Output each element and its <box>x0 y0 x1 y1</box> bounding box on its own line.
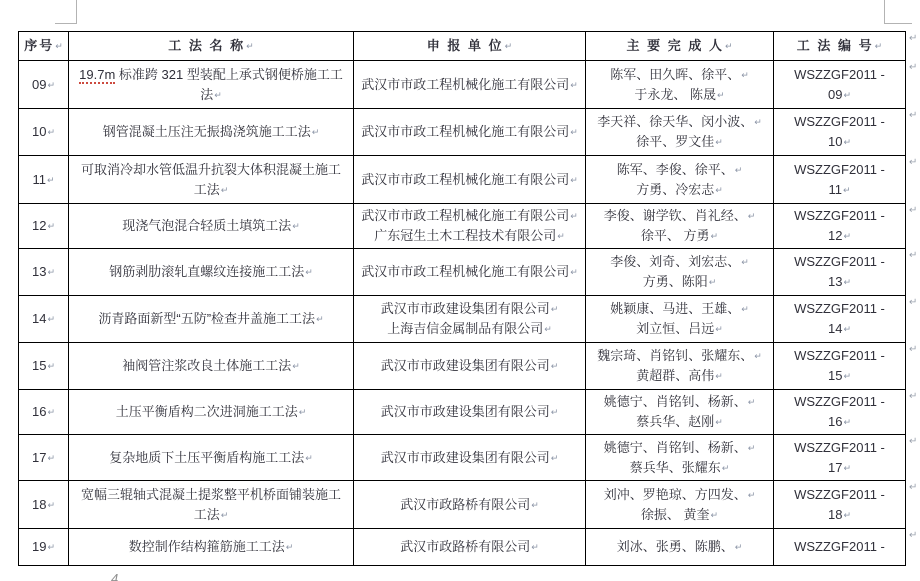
end-of-cell-mark-icon: ↵ <box>299 407 307 417</box>
end-of-cell-mark-icon: ↵ <box>843 463 851 473</box>
cell-method-name[interactable]: 沥青路面新型“五防”检查井盖施工工法↵ <box>69 296 354 343</box>
text-line: 申 报 单 位↵ <box>357 36 582 56</box>
cell-method-code[interactable]: WSZZGF2011 -14↵ <box>774 296 906 343</box>
end-of-row-mark-icon: ↵ <box>909 251 917 261</box>
cell-method-code[interactable]: WSZZGF2011 -18↵ <box>774 481 906 529</box>
cell-index[interactable]: 15↵ <box>19 343 69 390</box>
end-of-cell-mark-icon: ↵ <box>843 185 851 195</box>
text-line: 11↵ <box>777 180 902 200</box>
text-line: 11↵ <box>22 170 65 190</box>
end-of-row-mark-icon: ↵ <box>909 298 917 308</box>
cell-index[interactable]: 13↵ <box>19 249 69 296</box>
end-of-cell-mark-icon: ↵ <box>505 41 513 51</box>
text-line: 武汉市市政工程机械化施工有限公司↵ <box>357 170 582 190</box>
text-line: WSZZGF2011 - <box>777 346 902 366</box>
text-line: WSZZGF2011 - <box>777 206 902 226</box>
column-header[interactable]: 申 报 单 位↵ <box>354 32 586 61</box>
text-line: 12↵ <box>22 216 65 236</box>
text-line: WSZZGF2011 - <box>777 112 902 132</box>
text-line: 18↵ <box>22 495 65 515</box>
cell-method-name[interactable]: 19.7m 标准跨 321 型装配上承式钢便桥施工工法↵ <box>69 61 354 109</box>
table-row: 16↵土压平衡盾构二次进洞施工工法↵武汉市市政建设集团有限公司↵姚德宁、肖铭钊、… <box>19 390 906 435</box>
cell-contributors[interactable]: 姚德宁、肖铭钊、杨新、↵蔡兵华、张耀东↵ <box>586 435 774 481</box>
end-of-cell-mark-icon: ↵ <box>748 397 756 407</box>
end-of-cell-mark-icon: ↵ <box>715 137 723 147</box>
text-line: 13↵ <box>777 272 902 292</box>
cell-method-code[interactable]: WSZZGF2011 -09↵ <box>774 61 906 109</box>
cell-index[interactable]: 18↵ <box>19 481 69 529</box>
end-of-cell-mark-icon: ↵ <box>47 361 55 371</box>
text-line: 09↵ <box>22 75 65 95</box>
end-of-cell-mark-icon: ↵ <box>735 542 743 552</box>
text-line: 15↵ <box>22 356 65 376</box>
end-of-cell-mark-icon: ↵ <box>717 90 725 100</box>
text-line: 钢管混凝土压注无振捣浇筑施工工法↵ <box>72 122 350 142</box>
text-line: 钢筋剥肋滚轧直螺纹连接施工工法↵ <box>72 262 350 282</box>
cell-method-name[interactable]: 复杂地质下土压平衡盾构施工工法↵ <box>69 435 354 481</box>
text-line: 武汉市市政建设集团有限公司↵ <box>357 402 582 422</box>
text-line: 09↵ <box>777 85 902 105</box>
cell-applicant-unit[interactable]: 武汉市政路桥有限公司↵ <box>354 481 586 529</box>
text-boundary-mark-top-right-vertical <box>884 0 885 24</box>
end-of-cell-mark-icon: ↵ <box>748 490 756 500</box>
text-line: 14↵ <box>777 319 902 339</box>
cell-index[interactable]: 09↵ <box>19 61 69 109</box>
cell-applicant-unit[interactable]: 武汉市市政工程机械化施工有限公司↵广东冠生土木工程技术有限公司↵ <box>354 204 586 249</box>
text-line: 19↵ <box>22 537 65 557</box>
text-line: 蔡兵华、赵刚↵ <box>589 412 770 432</box>
text-line: WSZZGF2011 - <box>777 392 902 412</box>
table-row: 11↵可取消冷却水管低温升抗裂大体积混凝土施工工法↵武汉市市政工程机械化施工有限… <box>19 156 906 204</box>
text-line: 陈军、田久晖、徐平、↵ <box>589 65 770 85</box>
text-line: 徐平、罗文佳↵ <box>589 132 770 152</box>
cell-applicant-unit[interactable]: 武汉市市政建设集团有限公司↵ <box>354 343 586 390</box>
end-of-cell-mark-icon: ↵ <box>221 510 229 520</box>
end-of-cell-mark-icon: ↵ <box>544 324 552 334</box>
end-of-cell-mark-icon: ↵ <box>725 41 733 51</box>
text-line: WSZZGF2011 - <box>777 252 902 272</box>
end-of-cell-mark-icon: ↵ <box>843 90 851 100</box>
end-of-cell-mark-icon: ↵ <box>709 277 717 287</box>
end-of-cell-mark-icon: ↵ <box>531 542 539 552</box>
end-of-cell-mark-icon: ↵ <box>214 90 222 100</box>
table-body: 09↵19.7m 标准跨 321 型装配上承式钢便桥施工工法↵武汉市市政工程机械… <box>19 61 906 566</box>
text-line: 姚德宁、肖铭钊、杨新、↵ <box>589 438 770 458</box>
text-line: WSZZGF2011 - <box>777 65 902 85</box>
text-line: 李俊、谢学钦、肖礼经、↵ <box>589 206 770 226</box>
text-line: 可取消冷却水管低温升抗裂大体积混凝土施工 <box>72 160 350 180</box>
end-of-cell-mark-icon: ↵ <box>305 267 313 277</box>
text-line: 魏宗琦、肖铭钊、张耀东、↵ <box>589 346 770 366</box>
text-line: WSZZGF2011 - <box>777 485 902 505</box>
text-line: 复杂地质下土压平衡盾构施工工法↵ <box>72 448 350 468</box>
cell-method-code[interactable]: WSZZGF2011 -12↵ <box>774 204 906 249</box>
table-row: 12↵现浇气泡混合轻质土填筑工法↵武汉市市政工程机械化施工有限公司↵广东冠生土木… <box>19 204 906 249</box>
cell-method-code[interactable]: WSZZGF2011 -10↵ <box>774 109 906 156</box>
text-line: 主 要 完 成 人↵ <box>589 36 770 56</box>
text-line: 刘冰、张勇、陈鹏、↵ <box>589 537 770 557</box>
cell-applicant-unit[interactable]: 武汉市市政工程机械化施工有限公司↵ <box>354 109 586 156</box>
end-of-cell-mark-icon: ↵ <box>741 70 749 80</box>
cell-applicant-unit[interactable]: 武汉市市政建设集团有限公司↵ <box>354 435 586 481</box>
cell-applicant-unit[interactable]: 武汉市市政工程机械化施工有限公司↵ <box>354 61 586 109</box>
text-line: WSZZGF2011 - <box>777 537 902 557</box>
text-line: 现浇气泡混合轻质土填筑工法↵ <box>72 216 350 236</box>
table-row: 19↵数控制作结构箍筋施工工法↵武汉市政路桥有限公司↵刘冰、张勇、陈鹏、↵WSZ… <box>19 529 906 566</box>
text-line: 沥青路面新型“五防”检查井盖施工工法↵ <box>72 309 350 329</box>
end-of-cell-mark-icon: ↵ <box>551 361 559 371</box>
text-line: 于永龙、 陈晟↵ <box>589 85 770 105</box>
text-line: 陈军、李俊、徐平、↵ <box>589 160 770 180</box>
end-of-cell-mark-icon: ↵ <box>748 211 756 221</box>
end-of-cell-mark-icon: ↵ <box>47 175 55 185</box>
table-row: 14↵沥青路面新型“五防”检查井盖施工工法↵武汉市市政建设集团有限公司↵上海吉信… <box>19 296 906 343</box>
text-line: 工 法 编 号↵ <box>777 36 902 56</box>
end-of-cell-mark-icon: ↵ <box>551 407 559 417</box>
end-of-cell-mark-icon: ↵ <box>843 510 851 520</box>
text-line: 袖阀管注浆改良土体施工工法↵ <box>72 356 350 376</box>
end-of-cell-mark-icon: ↵ <box>570 175 578 185</box>
text-line: 武汉市政路桥有限公司↵ <box>357 537 582 557</box>
text-line: 武汉市市政建设集团有限公司↵ <box>357 356 582 376</box>
cell-method-name[interactable]: 钢筋剥肋滚轧直螺纹连接施工工法↵ <box>69 249 354 296</box>
cell-method-name[interactable]: 可取消冷却水管低温升抗裂大体积混凝土施工工法↵ <box>69 156 354 204</box>
text-line: 16↵ <box>22 402 65 422</box>
page-number: 4 <box>111 571 118 581</box>
text-line: 18↵ <box>777 505 902 525</box>
text-line: 19.7m 标准跨 321 型装配上承式钢便桥施工工 <box>72 65 350 85</box>
text-line: 武汉市政路桥有限公司↵ <box>357 495 582 515</box>
end-of-cell-mark-icon: ↵ <box>47 500 55 510</box>
end-of-cell-mark-icon: ↵ <box>570 80 578 90</box>
text-line: 上海吉信金属制品有限公司↵ <box>357 319 582 339</box>
end-of-cell-mark-icon: ↵ <box>221 185 229 195</box>
cell-method-name[interactable]: 现浇气泡混合轻质土填筑工法↵ <box>69 204 354 249</box>
column-header[interactable]: 主 要 完 成 人↵ <box>586 32 774 61</box>
text-line: 10↵ <box>777 132 902 152</box>
table-row: 17↵复杂地质下土压平衡盾构施工工法↵武汉市市政建设集团有限公司↵姚德宁、肖铭钊… <box>19 435 906 481</box>
text-line: 工法↵ <box>72 505 350 525</box>
end-of-cell-mark-icon: ↵ <box>292 361 300 371</box>
cell-contributors[interactable]: 李俊、刘奇、刘宏志、↵方勇、陈阳↵ <box>586 249 774 296</box>
end-of-cell-mark-icon: ↵ <box>55 41 63 51</box>
cell-applicant-unit[interactable]: 武汉市市政建设集团有限公司↵上海吉信金属制品有限公司↵ <box>354 296 586 343</box>
end-of-cell-mark-icon: ↵ <box>531 500 539 510</box>
text-line: 数控制作结构箍筋施工工法↵ <box>72 537 350 557</box>
text-line: 武汉市市政建设集团有限公司↵ <box>357 299 582 319</box>
end-of-cell-mark-icon: ↵ <box>843 417 851 427</box>
end-of-cell-mark-icon: ↵ <box>570 211 578 221</box>
text-line: 刘冲、罗艳琼、方四发、↵ <box>589 485 770 505</box>
end-of-cell-mark-icon: ↵ <box>843 371 851 381</box>
cell-method-code[interactable]: WSZZGF2011 -16↵ <box>774 390 906 435</box>
table-row: 13↵钢筋剥肋滚轧直螺纹连接施工工法↵武汉市市政工程机械化施工有限公司↵李俊、刘… <box>19 249 906 296</box>
text-line: 工法↵ <box>72 180 350 200</box>
cell-applicant-unit[interactable]: 武汉市政路桥有限公司↵ <box>354 529 586 566</box>
cell-applicant-unit[interactable]: 武汉市市政建设集团有限公司↵ <box>354 390 586 435</box>
text-line: 武汉市市政建设集团有限公司↵ <box>357 448 582 468</box>
end-of-cell-mark-icon: ↵ <box>557 231 565 241</box>
end-of-cell-mark-icon: ↵ <box>47 127 55 137</box>
table-row: 18↵宽幅三辊轴式混凝土提浆整平机桥面铺装施工工法↵武汉市政路桥有限公司↵刘冲、… <box>19 481 906 529</box>
end-of-cell-mark-icon: ↵ <box>47 314 55 324</box>
table-row: 10↵钢管混凝土压注无振捣浇筑施工工法↵武汉市市政工程机械化施工有限公司↵李天祥… <box>19 109 906 156</box>
text-line: 15↵ <box>777 366 902 386</box>
end-of-cell-mark-icon: ↵ <box>843 231 851 241</box>
cell-index[interactable]: 12↵ <box>19 204 69 249</box>
text-line: 李天祥、徐天华、闵小波、↵ <box>589 112 770 132</box>
text-line: 姚颖康、马进、王雄、↵ <box>589 299 770 319</box>
text-line: 李俊、刘奇、刘宏志、↵ <box>589 252 770 272</box>
end-of-cell-mark-icon: ↵ <box>316 314 324 324</box>
end-of-cell-mark-icon: ↵ <box>741 257 749 267</box>
cell-contributors[interactable]: 陈军、李俊、徐平、↵方勇、冷宏志↵ <box>586 156 774 204</box>
text-line: 武汉市市政工程机械化施工有限公司↵ <box>357 75 582 95</box>
end-of-cell-mark-icon: ↵ <box>47 221 55 231</box>
text-line: 13↵ <box>22 262 65 282</box>
column-header[interactable]: 工 法 名 称↵ <box>69 32 354 61</box>
text-line: WSZZGF2011 - <box>777 160 902 180</box>
cell-contributors[interactable]: 刘冲、罗艳琼、方四发、↵徐振、 黄奎↵ <box>586 481 774 529</box>
methods-table: 序号↵工 法 名 称↵申 报 单 位↵主 要 完 成 人↵工 法 编 号↵ 09… <box>18 31 906 566</box>
end-of-row-mark-icon: ↵ <box>909 63 917 73</box>
cell-method-name[interactable]: 宽幅三辊轴式混凝土提浆整平机桥面铺装施工工法↵ <box>69 481 354 529</box>
cell-method-name[interactable]: 袖阀管注浆改良土体施工工法↵ <box>69 343 354 390</box>
end-of-cell-mark-icon: ↵ <box>47 267 55 277</box>
end-of-row-mark-icon: ↵ <box>909 34 917 44</box>
text-line: 16↵ <box>777 412 902 432</box>
end-of-cell-mark-icon: ↵ <box>754 117 762 127</box>
cell-contributors[interactable]: 陈军、田久晖、徐平、↵于永龙、 陈晟↵ <box>586 61 774 109</box>
cell-applicant-unit[interactable]: 武汉市市政工程机械化施工有限公司↵ <box>354 156 586 204</box>
cell-method-code[interactable]: WSZZGF2011 -11↵ <box>774 156 906 204</box>
cell-method-code[interactable]: WSZZGF2011 -13↵ <box>774 249 906 296</box>
cell-index[interactable]: 10↵ <box>19 109 69 156</box>
text-boundary-mark-top-left-vertical <box>76 0 77 24</box>
text-line: 武汉市市政工程机械化施工有限公司↵ <box>357 262 582 282</box>
end-of-row-mark-icon: ↵ <box>909 392 917 402</box>
text-line: 徐平、 方勇↵ <box>589 226 770 246</box>
end-of-cell-mark-icon: ↵ <box>286 542 294 552</box>
end-of-cell-mark-icon: ↵ <box>711 510 719 520</box>
text-line: 17↵ <box>777 458 902 478</box>
end-of-cell-mark-icon: ↵ <box>748 443 756 453</box>
end-of-row-mark-icon: ↵ <box>909 345 917 355</box>
end-of-cell-mark-icon: ↵ <box>843 137 851 147</box>
cell-contributors[interactable]: 刘冰、张勇、陈鹏、↵ <box>586 529 774 566</box>
end-of-cell-mark-icon: ↵ <box>570 267 578 277</box>
end-of-cell-mark-icon: ↵ <box>754 351 762 361</box>
end-of-cell-mark-icon: ↵ <box>843 277 851 287</box>
cell-contributors[interactable]: 姚颖康、马进、王雄、↵刘立恒、吕远↵ <box>586 296 774 343</box>
column-header[interactable]: 工 法 编 号↵ <box>774 32 906 61</box>
end-of-cell-mark-icon: ↵ <box>570 127 578 137</box>
table-row: 09↵19.7m 标准跨 321 型装配上承式钢便桥施工工法↵武汉市市政工程机械… <box>19 61 906 109</box>
cell-method-code[interactable]: WSZZGF2011 -15↵ <box>774 343 906 390</box>
end-of-cell-mark-icon: ↵ <box>722 463 730 473</box>
text-line: 10↵ <box>22 122 65 142</box>
text-line: 徐振、 黄奎↵ <box>589 505 770 525</box>
end-of-cell-mark-icon: ↵ <box>47 80 55 90</box>
end-of-cell-mark-icon: ↵ <box>551 304 559 314</box>
text-boundary-mark-top-left-horizontal <box>55 23 77 24</box>
end-of-row-mark-icon: ↵ <box>909 483 917 493</box>
text-line: 12↵ <box>777 226 902 246</box>
cell-index[interactable]: 11↵ <box>19 156 69 204</box>
end-of-row-mark-icon: ↵ <box>909 158 917 168</box>
end-of-cell-mark-icon: ↵ <box>715 324 723 334</box>
text-line: 17↵ <box>22 448 65 468</box>
end-of-cell-mark-icon: ↵ <box>741 304 749 314</box>
text-line: 黄超群、高伟↵ <box>589 366 770 386</box>
end-of-row-mark-icon: ↵ <box>909 206 917 216</box>
end-of-cell-mark-icon: ↵ <box>735 165 743 175</box>
cell-contributors[interactable]: 魏宗琦、肖铭钊、张耀东、↵黄超群、高伟↵ <box>586 343 774 390</box>
cell-index[interactable]: 19↵ <box>19 529 69 566</box>
text-line: 广东冠生土木工程技术有限公司↵ <box>357 226 582 246</box>
end-of-cell-mark-icon: ↵ <box>47 542 55 552</box>
text-line: 14↵ <box>22 309 65 329</box>
text-line: 方勇、陈阳↵ <box>589 272 770 292</box>
text-line: 序号↵ <box>22 36 65 56</box>
end-of-cell-mark-icon: ↵ <box>47 453 55 463</box>
text-line: WSZZGF2011 - <box>777 438 902 458</box>
end-of-row-mark-icon: ↵ <box>909 531 917 541</box>
cell-method-code[interactable]: WSZZGF2011 -17↵ <box>774 435 906 481</box>
end-of-cell-mark-icon: ↵ <box>711 231 719 241</box>
cell-method-name[interactable]: 数控制作结构箍筋施工工法↵ <box>69 529 354 566</box>
cell-contributors[interactable]: 姚德宁、肖铭钊、杨新、↵蔡兵华、赵刚↵ <box>586 390 774 435</box>
text-line: 土压平衡盾构二次进洞施工工法↵ <box>72 402 350 422</box>
cell-method-name[interactable]: 钢管混凝土压注无振捣浇筑施工工法↵ <box>69 109 354 156</box>
cell-index[interactable]: 14↵ <box>19 296 69 343</box>
end-of-cell-mark-icon: ↵ <box>715 417 723 427</box>
cell-index[interactable]: 17↵ <box>19 435 69 481</box>
text-line: 法↵ <box>72 85 350 105</box>
end-of-cell-mark-icon: ↵ <box>551 453 559 463</box>
cell-index[interactable]: 16↵ <box>19 390 69 435</box>
cell-contributors[interactable]: 李天祥、徐天华、闵小波、↵徐平、罗文佳↵ <box>586 109 774 156</box>
end-of-cell-mark-icon: ↵ <box>875 41 883 51</box>
cell-method-code[interactable]: WSZZGF2011 - <box>774 529 906 566</box>
cell-contributors[interactable]: 李俊、谢学钦、肖礼经、↵徐平、 方勇↵ <box>586 204 774 249</box>
spellcheck-underline: 19.7m <box>79 67 115 84</box>
end-of-cell-mark-icon: ↵ <box>292 221 300 231</box>
text-boundary-mark-top-right-horizontal <box>884 23 912 24</box>
text-line: 武汉市市政工程机械化施工有限公司↵ <box>357 206 582 226</box>
end-of-cell-mark-icon: ↵ <box>47 407 55 417</box>
end-of-row-mark-icon: ↵ <box>909 111 917 121</box>
end-of-cell-mark-icon: ↵ <box>715 371 723 381</box>
end-of-row-mark-icon: ↵ <box>909 437 917 447</box>
text-line: 姚德宁、肖铭钊、杨新、↵ <box>589 392 770 412</box>
text-line: 武汉市市政工程机械化施工有限公司↵ <box>357 122 582 142</box>
cell-applicant-unit[interactable]: 武汉市市政工程机械化施工有限公司↵ <box>354 249 586 296</box>
text-line: 宽幅三辊轴式混凝土提浆整平机桥面铺装施工 <box>72 485 350 505</box>
end-of-cell-mark-icon: ↵ <box>715 185 723 195</box>
cell-method-name[interactable]: 土压平衡盾构二次进洞施工工法↵ <box>69 390 354 435</box>
text-line: 蔡兵华、张耀东↵ <box>589 458 770 478</box>
text-line: 方勇、冷宏志↵ <box>589 180 770 200</box>
column-header[interactable]: 序号↵ <box>19 32 69 61</box>
table-header-row: 序号↵工 法 名 称↵申 报 单 位↵主 要 完 成 人↵工 法 编 号↵ <box>19 32 906 61</box>
table-header: 序号↵工 法 名 称↵申 报 单 位↵主 要 完 成 人↵工 法 编 号↵ <box>19 32 906 61</box>
text-line: WSZZGF2011 - <box>777 299 902 319</box>
end-of-cell-mark-icon: ↵ <box>843 324 851 334</box>
end-of-cell-mark-icon: ↵ <box>312 127 320 137</box>
document-page: 序号↵工 法 名 称↵申 报 单 位↵主 要 完 成 人↵工 法 编 号↵ 09… <box>0 0 920 581</box>
end-of-cell-mark-icon: ↵ <box>246 41 254 51</box>
table-row: 15↵袖阀管注浆改良土体施工工法↵武汉市市政建设集团有限公司↵魏宗琦、肖铭钊、张… <box>19 343 906 390</box>
text-line: 工 法 名 称↵ <box>72 36 350 56</box>
page-footer: 4 <box>111 570 127 581</box>
text-line: 刘立恒、吕远↵ <box>589 319 770 339</box>
end-of-cell-mark-icon: ↵ <box>305 453 313 463</box>
